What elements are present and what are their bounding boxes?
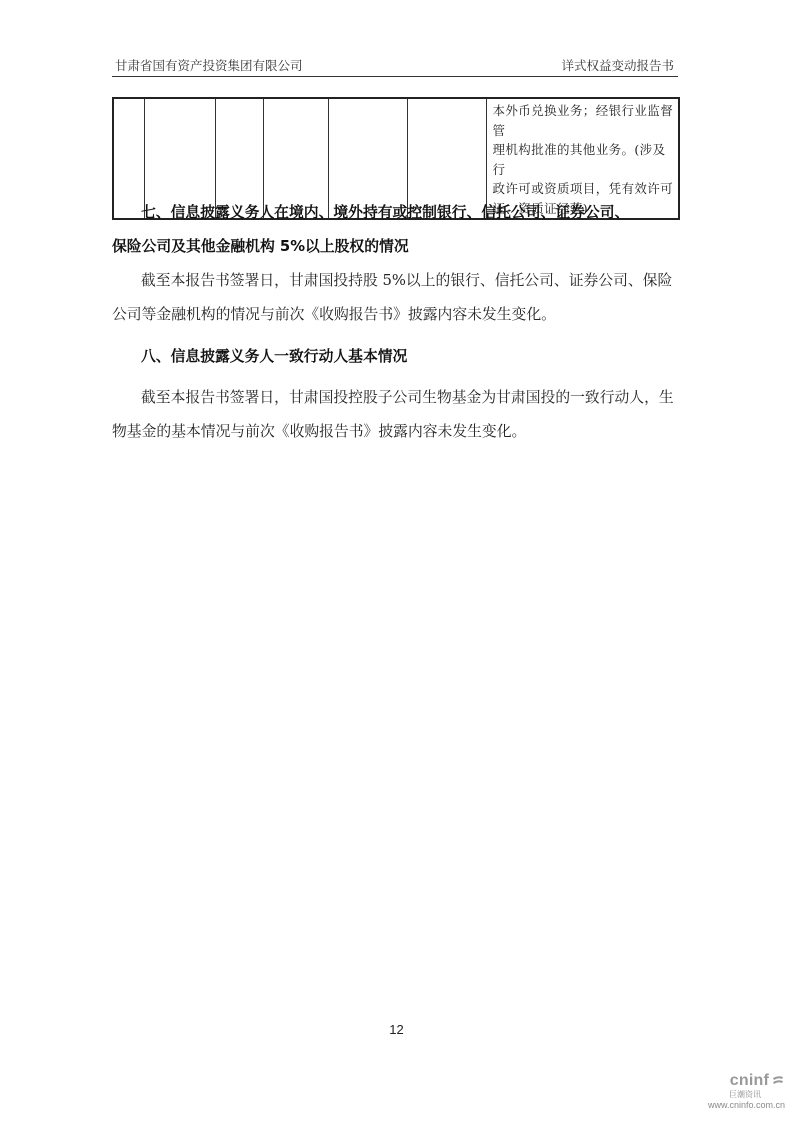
cell-line: 本外币兑换业务；经银行业监督管 — [493, 101, 675, 140]
section-7-heading: 七、信息披露义务人在境内、境外持有或控制银行、信托公司、证券公司、 保险公司及其… — [112, 196, 678, 264]
watermark-brand: cninf — [730, 1072, 785, 1090]
heading-line: 七、信息披露义务人在境内、境外持有或控制银行、信托公司、证券公司、 — [112, 196, 678, 230]
page-header: 甘肃省国有资产投资集团有限公司 详式权益变动报告书 — [112, 56, 678, 77]
watermark-brand-cn: 巨潮资讯 — [695, 1090, 761, 1100]
section-8-heading: 八、信息披露义务人一致行动人基本情况 — [112, 340, 678, 374]
section-7-body: 截至本报告书签署日，甘肃国投持股 5%以上的银行、信托公司、证券公司、保险公司等… — [112, 264, 678, 332]
header-company-name: 甘肃省国有资产投资集团有限公司 — [115, 56, 303, 74]
header-document-title: 详式权益变动报告书 — [561, 56, 674, 74]
page-number: 12 — [0, 1022, 793, 1037]
cninfo-logo-icon — [771, 1075, 785, 1087]
cell-line: 理机构批准的其他业务。(涉及行 — [493, 140, 675, 179]
watermark-brand-text: cninf — [730, 1072, 769, 1090]
cninfo-watermark: cninf 巨潮资讯 www.cninfo.com.cn — [695, 1072, 785, 1111]
heading-line: 保险公司及其他金融机构 5%以上股权的情况 — [112, 230, 678, 264]
section-8-body: 截至本报告书签署日，甘肃国投控股子公司生物基金为甘肃国投的一致行动人，生物基金的… — [112, 381, 678, 449]
watermark-url: www.cninfo.com.cn — [695, 1100, 785, 1111]
